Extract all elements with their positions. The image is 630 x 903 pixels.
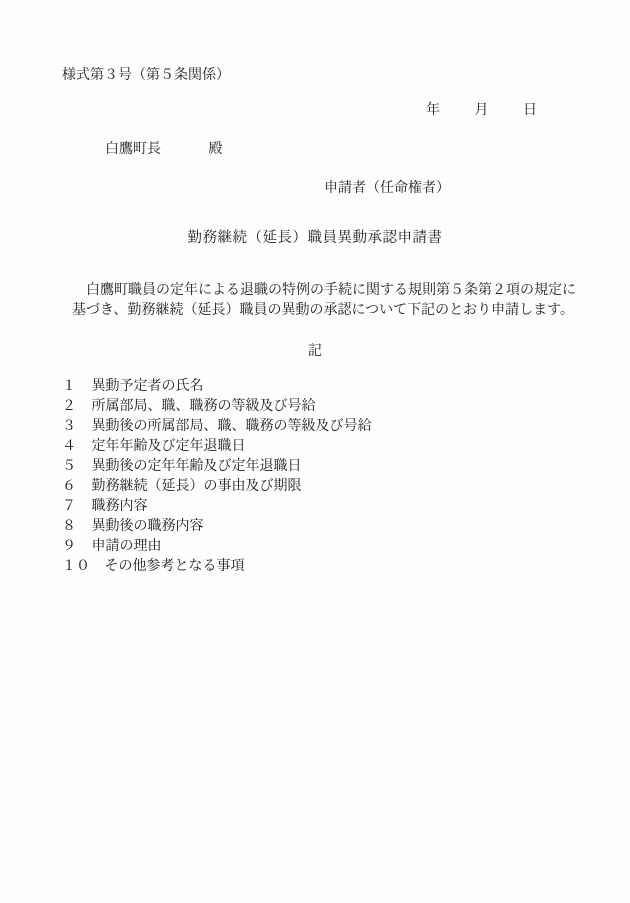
list-item: ５ 異動後の定年年齢及び定年退職日 (62, 457, 372, 477)
item-number: ４ (62, 437, 88, 457)
item-number: ５ (62, 457, 88, 477)
form-number: 様式第３号（第５条関係） (62, 64, 230, 84)
date-month-label: 月 (475, 103, 489, 118)
item-label: 異動予定者の氏名 (92, 379, 204, 394)
list-item: ９ 申請の理由 (62, 537, 372, 557)
item-number: ２ (62, 397, 88, 417)
item-number: ３ (62, 417, 88, 437)
addressee-honorific: 殿 (209, 142, 223, 157)
date-year-label: 年 (426, 103, 440, 118)
item-label: 異動後の定年年齢及び定年退職日 (92, 459, 302, 474)
document-page: 様式第３号（第５条関係） 年 月 日 白鷹町長 殿 申請者（任命権者） 勤務継続… (0, 0, 630, 903)
list-item: ６ 勤務継続（延長）の事由及び期限 (62, 477, 372, 497)
addressee-line: 白鷹町長 殿 (105, 138, 223, 158)
list-item: ７ 職務内容 (62, 497, 372, 517)
applicant-label: 申請者（任命権者） (324, 177, 450, 197)
body-paragraph: 白鷹町職員の定年による退職の特例の手続に関する規則第５条第２項の規定に 基づき、… (72, 281, 576, 321)
addressee-name: 白鷹町長 (105, 142, 161, 157)
item-number: １ (62, 377, 88, 397)
item-label: 勤務継続（延長）の事由及び期限 (92, 479, 302, 494)
list-item: ４ 定年年齢及び定年退職日 (62, 437, 372, 457)
item-list: １ 異動予定者の氏名 ２ 所属部局、職、職務の等級及び号給 ３ 異動後の所属部局… (62, 377, 372, 577)
item-label: 異動後の職務内容 (92, 519, 204, 534)
item-label: 異動後の所属部局、職、職務の等級及び号給 (92, 419, 372, 434)
body-paragraph-line-2: 基づき、勤務継続（延長）職員の異動の承認について下記のとおり申請します。 (72, 301, 576, 321)
item-label: その他参考となる事項 (105, 559, 245, 574)
list-item: ２ 所属部局、職、職務の等級及び号給 (62, 397, 372, 417)
item-number: ６ (62, 477, 88, 497)
list-heading: 記 (0, 340, 630, 360)
list-item: ３ 異動後の所属部局、職、職務の等級及び号給 (62, 417, 372, 437)
list-item: １ 異動予定者の氏名 (62, 377, 372, 397)
body-paragraph-line-1: 白鷹町職員の定年による退職の特例の手続に関する規則第５条第２項の規定に (72, 281, 576, 301)
item-number: ８ (62, 517, 88, 537)
item-number: ９ (62, 537, 88, 557)
item-number: ７ (62, 497, 88, 517)
list-item: ８ 異動後の職務内容 (62, 517, 372, 537)
date-line: 年 月 日 (426, 99, 537, 119)
item-label: 定年年齢及び定年退職日 (92, 439, 246, 454)
item-label: 職務内容 (92, 499, 148, 514)
item-label: 所属部局、職、職務の等級及び号給 (92, 399, 316, 414)
date-day-label: 日 (523, 103, 537, 118)
item-label: 申請の理由 (92, 539, 162, 554)
list-item: １０ その他参考となる事項 (62, 557, 372, 577)
document-title: 勤務継続（延長）職員異動承認申請書 (0, 226, 630, 247)
item-number: １０ (62, 557, 101, 577)
